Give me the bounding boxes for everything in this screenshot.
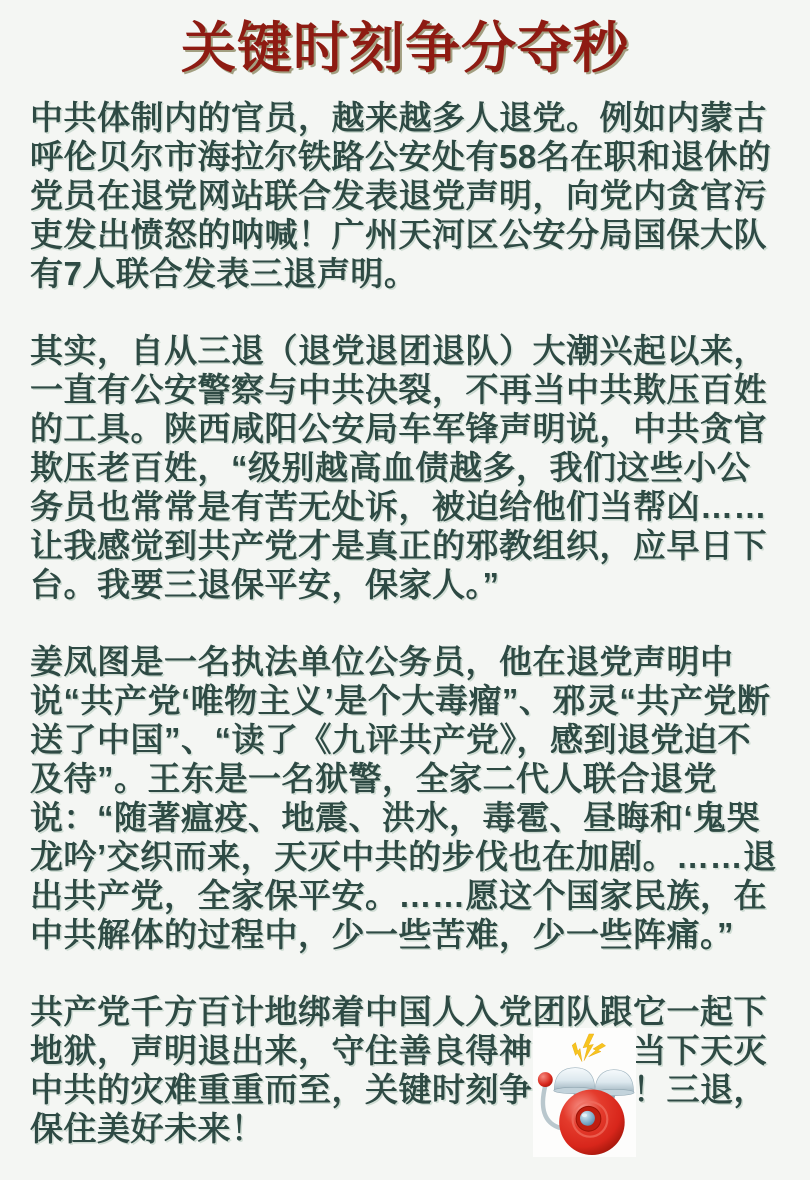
article-body: 中共体制内的官员，越来越多人退党。例如内蒙古呼伦贝尔市海拉尔铁路公安处有58名在… [0, 80, 810, 1148]
body-paragraph: 中共体制内的官员，越来越多人退党。例如内蒙古呼伦贝尔市海拉尔铁路公安处有58名在… [30, 98, 780, 293]
body-paragraph: 共产党千方百计地绑着中国人入党团队跟它一起下地狱，声明退出来，守住善良得神祝福！… [30, 992, 780, 1148]
page-title: 关键时刻争分夺秒 [0, 0, 810, 80]
body-paragraph: 其实，自从三退（退党退团退队）大潮兴起以来，一直有公安警察与中共决裂，不再当中共… [30, 331, 780, 604]
flyer-page: { "page": { "background_color": "#f4f6f3… [0, 0, 810, 1180]
alarm-bell-icon [533, 1028, 636, 1157]
body-paragraph: 姜凤图是一名执法单位公务员，他在退党声明中说“共产党‘唯物主义’是个大毒瘤”、邪… [30, 642, 780, 954]
